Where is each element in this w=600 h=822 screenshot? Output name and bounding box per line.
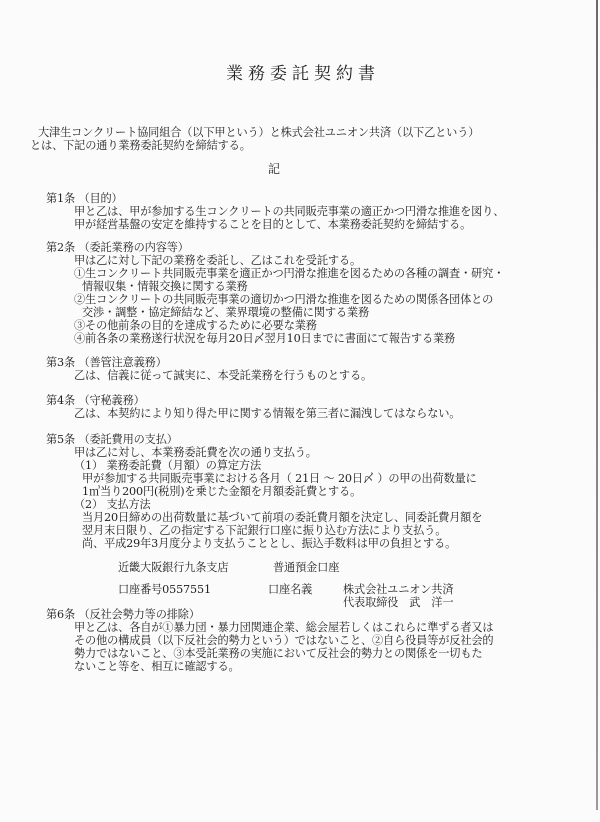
bank-account-name-label: 口座名義 bbox=[268, 583, 312, 597]
article-2-line: ①生コンクリート共同販売事業を適正かつ円滑な推進を図るための各種の調査・研究・ bbox=[74, 267, 504, 281]
ki-marker: 記 bbox=[268, 162, 280, 176]
article-2-line: ③その他前条の目的を達成するために必要な業務 bbox=[74, 319, 317, 333]
preamble-line-2: とは、下記の通り業務委託契約を締結する。 bbox=[30, 139, 251, 153]
article-6-heading: 第6条 （反社会勢力等の排除） bbox=[46, 608, 200, 622]
article-5-line: 尚、平成29年3月度分より支払うこととし、振込手数料は甲の負担とする。 bbox=[82, 537, 456, 551]
article-2-line: 情報収集・情報交換に関する業務 bbox=[82, 280, 248, 294]
article-1-line: 甲と乙は、甲が参加する生コンクリートの共同販売事業の適正かつ円滑な推進を図り、 bbox=[74, 205, 504, 219]
article-5-heading: 第5条 （委託費用の支払） bbox=[46, 433, 178, 447]
article-4-line: 乙は、本契約により知り得た甲に関する情報を第三者に漏洩してはならない。 bbox=[74, 407, 460, 421]
bank-account-number: 口座番号0557551 bbox=[118, 583, 211, 597]
article-6-line: その他の構成員（以下反社会的勢力という）ではないこと、②自ら役員等が反社会的 bbox=[74, 634, 493, 648]
article-5-line: 当月20日締めの出荷数量に基づいて前項の委託費月額を決定し、同委託費月額を bbox=[82, 511, 482, 525]
article-2-line: 甲は乙に対し下記の業務を委託し、乙はこれを受託する。 bbox=[74, 254, 361, 268]
preamble-line-1: 大津生コンクリート協同組合（以下甲という）と株式会社ユニオン共済（以下乙という） bbox=[38, 126, 479, 140]
article-2-line: ②生コンクリートの共同販売事業の適切かつ円滑な推進を図るための関係各団体との bbox=[74, 293, 493, 307]
article-5-subheading: （2） 支払方法 bbox=[74, 498, 151, 512]
bank-account-type: 普通預金口座 bbox=[273, 561, 339, 575]
article-3-line: 乙は、信義に従って誠実に、本受託業務を行うものとする。 bbox=[74, 369, 372, 383]
article-5-line: 翌月末日限り、乙の指定する下記銀行口座に振り込む方法により支払う。 bbox=[82, 524, 446, 538]
scan-page-edge bbox=[596, 0, 598, 810]
document-title: 業務委託契約書 bbox=[226, 67, 380, 81]
article-2-heading: 第2条 （委託業務の内容等） bbox=[46, 241, 189, 255]
article-5-line: 甲が参加する共同販売事業における各月（ 21日 ～ 20日〆 ）の甲の出荷数量に bbox=[82, 472, 477, 486]
article-1-line: 甲が経営基盤の安定を維持することを目的として、本業務委託契約を締結する。 bbox=[74, 218, 471, 232]
article-4-heading: 第4条 （守秘義務） bbox=[46, 394, 145, 408]
article-5-line: 1㎥当り200円(税別)を乗じた金額を月額委託費とする。 bbox=[82, 485, 361, 499]
article-5-subheading: （1） 業務委託費（月額）の算定方法 bbox=[74, 459, 261, 473]
article-3-heading: 第3条 （善管注意義務） bbox=[46, 356, 167, 370]
article-2-line: ④前各条の業務遂行状況を毎月20日〆翌月10日までに書面にて報告する業務 bbox=[74, 332, 455, 346]
article-6-line: 勢力ではないこと、③本受託業務の実施において反社会的勢力との関係を一切もた bbox=[74, 647, 482, 661]
bank-branch: 近畿大阪銀行九条支店 bbox=[118, 561, 228, 575]
article-6-line: 甲と乙は、各自が①暴力団・暴力団関連企業、総会屋若しくはこれらに準ずる者又は bbox=[74, 621, 493, 635]
article-6-line: ないこと等を、相互に確認する。 bbox=[74, 660, 240, 674]
bank-account-name: 株式会社ユニオン共済 bbox=[343, 583, 453, 597]
article-1-heading: 第1条 （目的） bbox=[46, 192, 123, 206]
article-5-line: 甲は乙に対し、本業務委託費を次の通り支払う。 bbox=[74, 446, 317, 460]
bank-representative: 代表取締役 武 洋一 bbox=[343, 596, 453, 610]
article-2-line: 交渉・調整・協定締結など、業界環境の整備に関する業務 bbox=[82, 306, 369, 320]
contract-page: 業務委託契約書 大津生コンクリート協同組合（以下甲という）と株式会社ユニオン共済… bbox=[0, 0, 600, 822]
